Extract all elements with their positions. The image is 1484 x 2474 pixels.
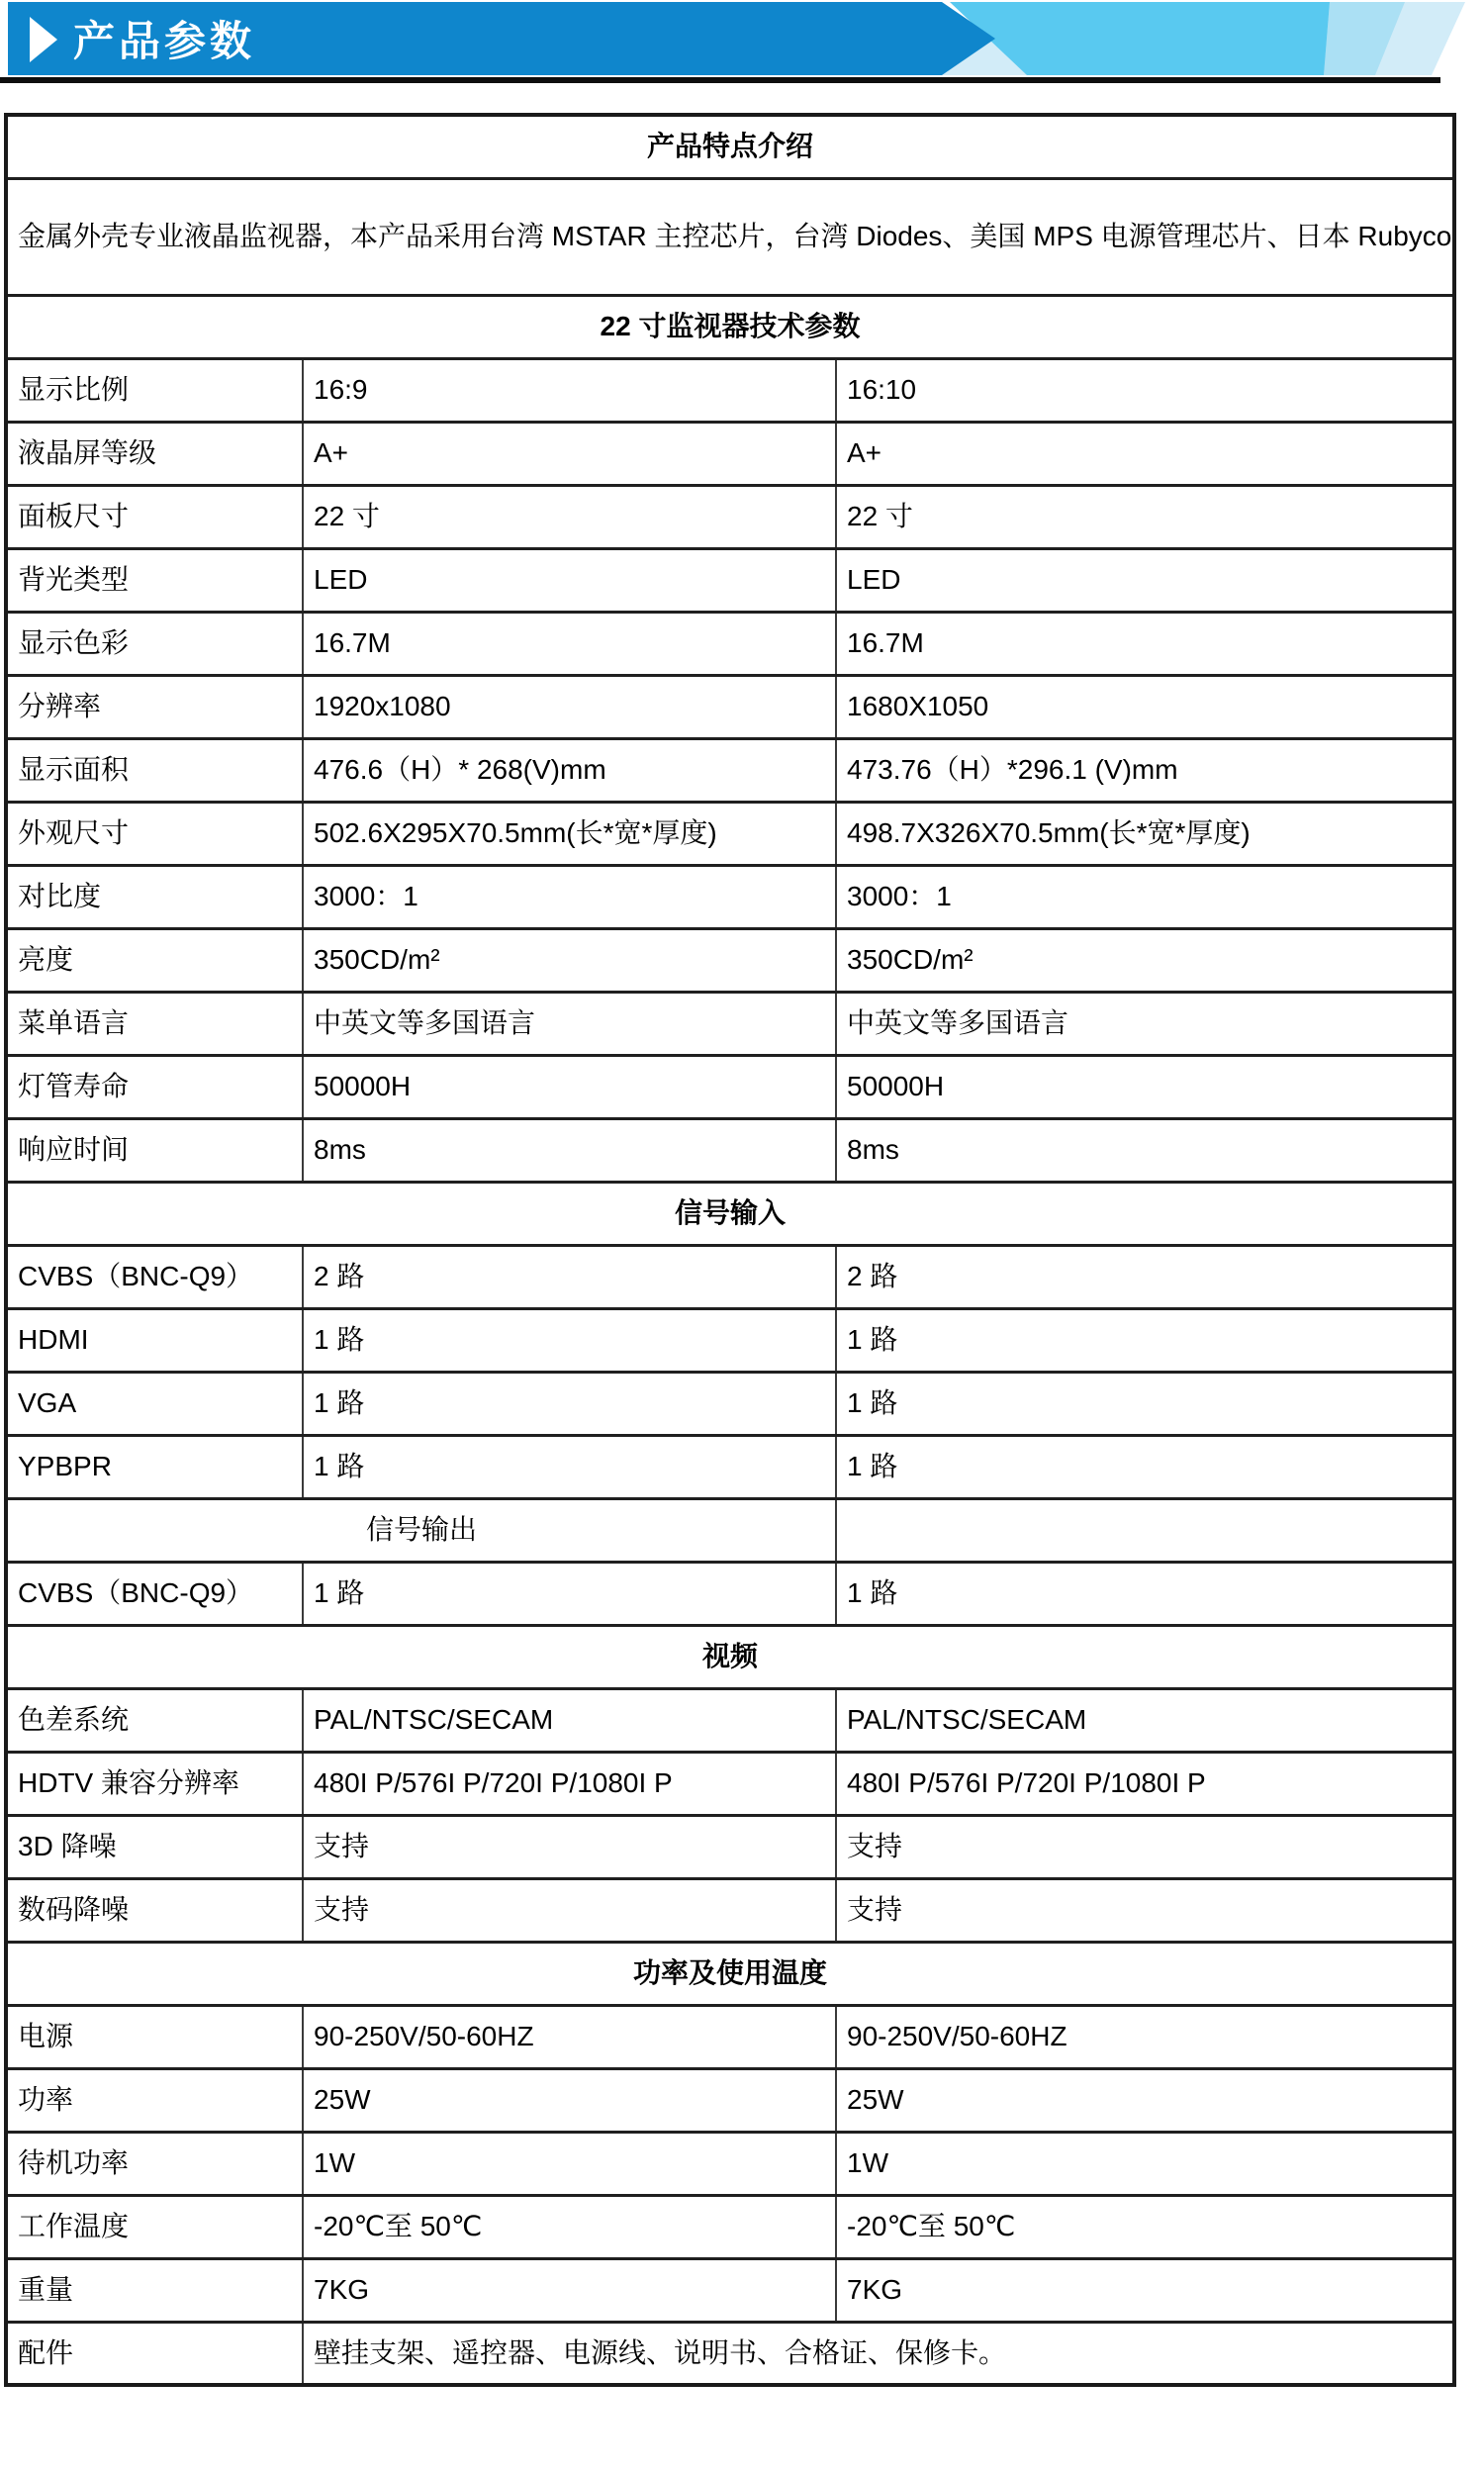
spec-value-2: 中英文等多国语言 <box>836 992 1454 1055</box>
spec-label: 分辨率 <box>6 675 303 738</box>
table-row: HDMI 1 路 1 路 <box>6 1308 1454 1372</box>
spec-label: 工作温度 <box>6 2195 303 2258</box>
spec-value-2: 90-250V/50-60HZ <box>836 2005 1454 2068</box>
spec-value-1: PAL/NTSC/SECAM <box>303 1688 836 1752</box>
spec-value-1: 25W <box>303 2068 836 2132</box>
spec-value-1: 50000H <box>303 1055 836 1118</box>
spec-value-1: LED <box>303 548 836 612</box>
table-row: 显示色彩 16.7M 16.7M <box>6 612 1454 675</box>
section-title-signal-input: 信号输入 <box>6 1182 1454 1245</box>
accessories-row: 配件 壁挂支架、遥控器、电源线、说明书、合格证、保修卡。 <box>6 2322 1454 2385</box>
spec-label: 面板尺寸 <box>6 485 303 548</box>
spec-label: 菜单语言 <box>6 992 303 1055</box>
table-row: 面板尺寸 22 寸 22 寸 <box>6 485 1454 548</box>
spec-value-1: 16.7M <box>303 612 836 675</box>
table-row: 显示面积 476.6（H）* 268(V)mm 473.76（H）*296.1 … <box>6 738 1454 802</box>
spec-value-2: 16:10 <box>836 358 1454 422</box>
spec-value-2: 支持 <box>836 1815 1454 1878</box>
spec-label: 电源 <box>6 2005 303 2068</box>
spec-value-2: 1 路 <box>836 1308 1454 1372</box>
banner-chevron-decor <box>926 2 1465 75</box>
spec-value-2: 1 路 <box>836 1435 1454 1498</box>
spec-value-2: 2 路 <box>836 1245 1454 1308</box>
table-row: CVBS（BNC-Q9） 1 路 1 路 <box>6 1562 1454 1625</box>
spec-label: 对比度 <box>6 865 303 928</box>
intro-desc-row: 金属外壳专业液晶监视器，本产品采用台湾 MSTAR 主控芯片，台湾 Diodes… <box>6 178 1454 295</box>
spec-value-2: 473.76（H）*296.1 (V)mm <box>836 738 1454 802</box>
banner-title: 产品参数 <box>73 18 255 64</box>
spec-label: HDMI <box>6 1308 303 1372</box>
spec-value-1: 中英文等多国语言 <box>303 992 836 1055</box>
spec-value-1: 支持 <box>303 1815 836 1878</box>
table-row: HDTV 兼容分辨率 480I P/576I P/720I P/1080I P … <box>6 1752 1454 1815</box>
table-row: 显示比例 16:9 16:10 <box>6 358 1454 422</box>
spec-value-2: 50000H <box>836 1055 1454 1118</box>
spec-value-2: 7KG <box>836 2258 1454 2322</box>
intro-title-row: 产品特点介绍 <box>6 115 1454 178</box>
table-row: 菜单语言 中英文等多国语言 中英文等多国语言 <box>6 992 1454 1055</box>
spec-label: 3D 降噪 <box>6 1815 303 1878</box>
section-row-power: 功率及使用温度 <box>6 1942 1454 2005</box>
table-row: 电源 90-250V/50-60HZ 90-250V/50-60HZ <box>6 2005 1454 2068</box>
table-row: 重量 7KG 7KG <box>6 2258 1454 2322</box>
table-row: 响应时间 8ms 8ms <box>6 1118 1454 1182</box>
spec-value-2: -20℃至 50℃ <box>836 2195 1454 2258</box>
spec-label: 液晶屏等级 <box>6 422 303 485</box>
section-title-power: 功率及使用温度 <box>6 1942 1454 2005</box>
spec-value-1: 480I P/576I P/720I P/1080I P <box>303 1752 836 1815</box>
spec-label: 灯管寿命 <box>6 1055 303 1118</box>
spec-value-2: A+ <box>836 422 1454 485</box>
section-title-signal-output: 信号输出 <box>6 1498 836 1562</box>
spec-label: CVBS（BNC-Q9） <box>6 1245 303 1308</box>
section-row-signal-output: 信号输出 <box>6 1498 1454 1562</box>
spec-label: CVBS（BNC-Q9） <box>6 1562 303 1625</box>
spec-label: 配件 <box>6 2322 303 2385</box>
spec-value-2: 480I P/576I P/720I P/1080I P <box>836 1752 1454 1815</box>
spec-label: VGA <box>6 1372 303 1435</box>
table-row: 分辨率 1920x1080 1680X1050 <box>6 675 1454 738</box>
spec-value-1: 16:9 <box>303 358 836 422</box>
table-row: 亮度 350CD/m² 350CD/m² <box>6 928 1454 992</box>
spec-value-1: 1920x1080 <box>303 675 836 738</box>
spec-value-1: 476.6（H）* 268(V)mm <box>303 738 836 802</box>
intro-description: 金属外壳专业液晶监视器，本产品采用台湾 MSTAR 主控芯片，台湾 Diodes… <box>6 178 1454 295</box>
spec-value-1: 1W <box>303 2132 836 2195</box>
spec-value-1: 1 路 <box>303 1562 836 1625</box>
table-row: 工作温度 -20℃至 50℃ -20℃至 50℃ <box>6 2195 1454 2258</box>
spec-value-2: 8ms <box>836 1118 1454 1182</box>
spec-value-1: 502.6X295X70.5mm(长*宽*厚度) <box>303 802 836 865</box>
spec-value-1: 90-250V/50-60HZ <box>303 2005 836 2068</box>
spec-label: 显示面积 <box>6 738 303 802</box>
table-row: 对比度 3000：1 3000：1 <box>6 865 1454 928</box>
spec-value-2: 22 寸 <box>836 485 1454 548</box>
spec-value-1: 350CD/m² <box>303 928 836 992</box>
spec-value-2: PAL/NTSC/SECAM <box>836 1688 1454 1752</box>
table-row: 背光类型 LED LED <box>6 548 1454 612</box>
table-row: 功率 25W 25W <box>6 2068 1454 2132</box>
table-title: 22 寸监视器技术参数 <box>6 295 1454 358</box>
spec-value-2: 1W <box>836 2132 1454 2195</box>
table-row: 3D 降噪 支持 支持 <box>6 1815 1454 1878</box>
spec-value-2: 3000：1 <box>836 865 1454 928</box>
spec-value-2: 25W <box>836 2068 1454 2132</box>
spec-label: 色差系统 <box>6 1688 303 1752</box>
table-row: VGA 1 路 1 路 <box>6 1372 1454 1435</box>
table-row: 液晶屏等级 A+ A+ <box>6 422 1454 485</box>
spec-value-2: LED <box>836 548 1454 612</box>
table-row: 待机功率 1W 1W <box>6 2132 1454 2195</box>
spec-value-2: 498.7X326X70.5mm(长*宽*厚度) <box>836 802 1454 865</box>
empty-cell <box>836 1498 1454 1562</box>
table-row: 色差系统 PAL/NTSC/SECAM PAL/NTSC/SECAM <box>6 1688 1454 1752</box>
product-params-banner: 产品参数 <box>0 0 1484 77</box>
spec-value-2: 16.7M <box>836 612 1454 675</box>
spec-label: 数码降噪 <box>6 1878 303 1942</box>
spec-value-1: -20℃至 50℃ <box>303 2195 836 2258</box>
section-row-video: 视频 <box>6 1625 1454 1688</box>
spec-label: YPBPR <box>6 1435 303 1498</box>
spec-label: 显示色彩 <box>6 612 303 675</box>
spec-label: 亮度 <box>6 928 303 992</box>
spec-table: 产品特点介绍 金属外壳专业液晶监视器，本产品采用台湾 MSTAR 主控芯片，台湾… <box>4 113 1456 2387</box>
spec-value-2: 350CD/m² <box>836 928 1454 992</box>
intro-title: 产品特点介绍 <box>6 115 1454 178</box>
spec-value-2: 1 路 <box>836 1372 1454 1435</box>
spec-label: 背光类型 <box>6 548 303 612</box>
spec-value-1: 22 寸 <box>303 485 836 548</box>
spec-label: 响应时间 <box>6 1118 303 1182</box>
spec-value-1: 1 路 <box>303 1308 836 1372</box>
spec-value-1: 7KG <box>303 2258 836 2322</box>
spec-label: 显示比例 <box>6 358 303 422</box>
spec-label: 重量 <box>6 2258 303 2322</box>
spec-value-2: 支持 <box>836 1878 1454 1942</box>
table-row: 灯管寿命 50000H 50000H <box>6 1055 1454 1118</box>
spec-value-2: 1680X1050 <box>836 675 1454 738</box>
table-row: 外观尺寸 502.6X295X70.5mm(长*宽*厚度) 498.7X326X… <box>6 802 1454 865</box>
spec-value-1: 8ms <box>303 1118 836 1182</box>
spec-value-2: 1 路 <box>836 1562 1454 1625</box>
table-title-row: 22 寸监视器技术参数 <box>6 295 1454 358</box>
section-title-video: 视频 <box>6 1625 1454 1688</box>
accessories-value: 壁挂支架、遥控器、电源线、说明书、合格证、保修卡。 <box>303 2322 1454 2385</box>
spec-value-1: 3000：1 <box>303 865 836 928</box>
section-row-signal-input: 信号输入 <box>6 1182 1454 1245</box>
table-row: YPBPR 1 路 1 路 <box>6 1435 1454 1498</box>
spec-value-1: A+ <box>303 422 836 485</box>
spec-value-1: 1 路 <box>303 1435 836 1498</box>
spec-label: 功率 <box>6 2068 303 2132</box>
spec-value-1: 支持 <box>303 1878 836 1942</box>
spec-label: 外观尺寸 <box>6 802 303 865</box>
banner-divider-line <box>0 77 1440 83</box>
table-row: 数码降噪 支持 支持 <box>6 1878 1454 1942</box>
spec-label: HDTV 兼容分辨率 <box>6 1752 303 1815</box>
spec-value-1: 1 路 <box>303 1372 836 1435</box>
spec-value-1: 2 路 <box>303 1245 836 1308</box>
spec-label: 待机功率 <box>6 2132 303 2195</box>
table-row: CVBS（BNC-Q9） 2 路 2 路 <box>6 1245 1454 1308</box>
